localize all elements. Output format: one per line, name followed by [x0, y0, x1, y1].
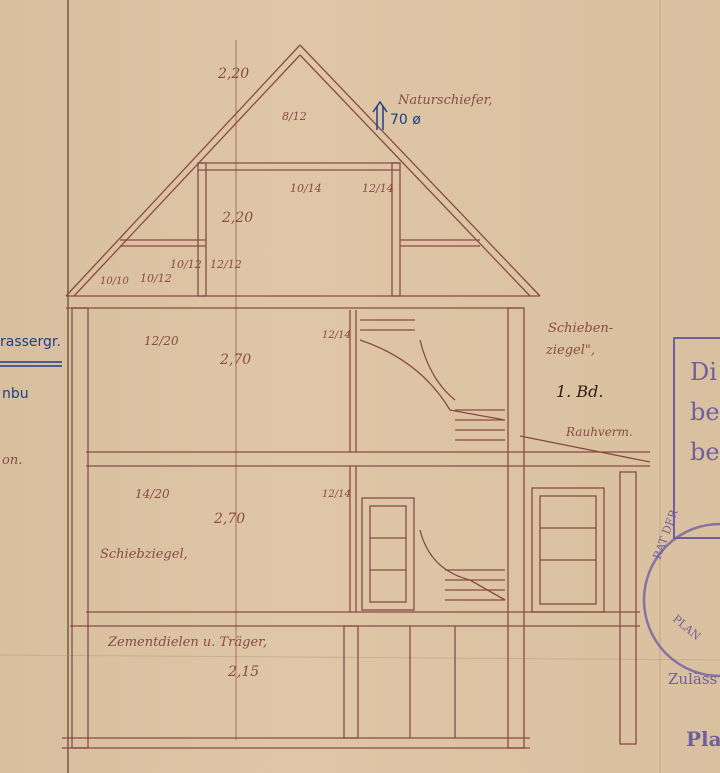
approval-stamp: Di be be RAT DER PLAN Zuläss Pla: [644, 338, 720, 751]
ground-joist-size: 14/20: [135, 487, 170, 501]
svg-text:Di: Di: [690, 358, 717, 386]
strut-left-size: 10/12: [170, 258, 202, 271]
svg-text:Pla: Pla: [686, 727, 720, 751]
post-right-size: 12/14: [362, 182, 394, 195]
cellar-ceiling-note: Zementdielen u. Träger,: [107, 635, 267, 650]
section-drawing: 2,20 2,20 2,70 2,70 2,15 8/12 10/14 12/1…: [0, 0, 720, 773]
collar-size: 10/14: [290, 182, 322, 195]
chimney-note: 70 ø: [390, 112, 421, 128]
roof-height-label: 2,20: [217, 66, 249, 82]
svg-text:RAT DER: RAT DER: [651, 507, 681, 561]
svg-text:be: be: [690, 398, 720, 426]
rafter-size: 8/12: [282, 110, 307, 123]
floor-mark: 1. Bd.: [556, 382, 603, 401]
wall-upper-note-2: ziegel",: [545, 343, 595, 358]
roof-material-note: Naturschiefer,: [397, 93, 493, 108]
svg-text:be: be: [690, 438, 720, 466]
drawing-sheet: 2,20 2,20 2,70 2,70 2,15 8/12 10/14 12/1…: [0, 0, 720, 773]
margin-note-2: nbu: [2, 386, 29, 402]
svg-text:PLAN: PLAN: [670, 612, 703, 643]
upper-floor-height-label: 2,70: [219, 352, 251, 368]
margin-note-3: on.: [2, 453, 22, 468]
foot-size: 10/10: [100, 276, 129, 287]
wall-upper-note: Schieben-: [548, 321, 613, 336]
ground-floor-height-label: 2,70: [213, 511, 245, 527]
brace-size: 10/12: [140, 272, 172, 285]
post-left-size: 12/12: [210, 258, 242, 271]
margin-note-1: rassergr.: [0, 334, 61, 350]
ground-stair-beam-size: 12/14: [322, 489, 351, 500]
upper-stair-beam-size: 12/14: [322, 330, 351, 341]
upper-joist-size: 12/20: [144, 334, 179, 348]
attic-height-label: 2,20: [221, 210, 253, 226]
svg-text:Zuläss: Zuläss: [668, 670, 717, 688]
cellar-height-label: 2,15: [227, 664, 259, 680]
porch-roof-note: Rauhverm.: [565, 425, 633, 439]
wall-ground-note: Schiebziegel,: [100, 547, 188, 562]
